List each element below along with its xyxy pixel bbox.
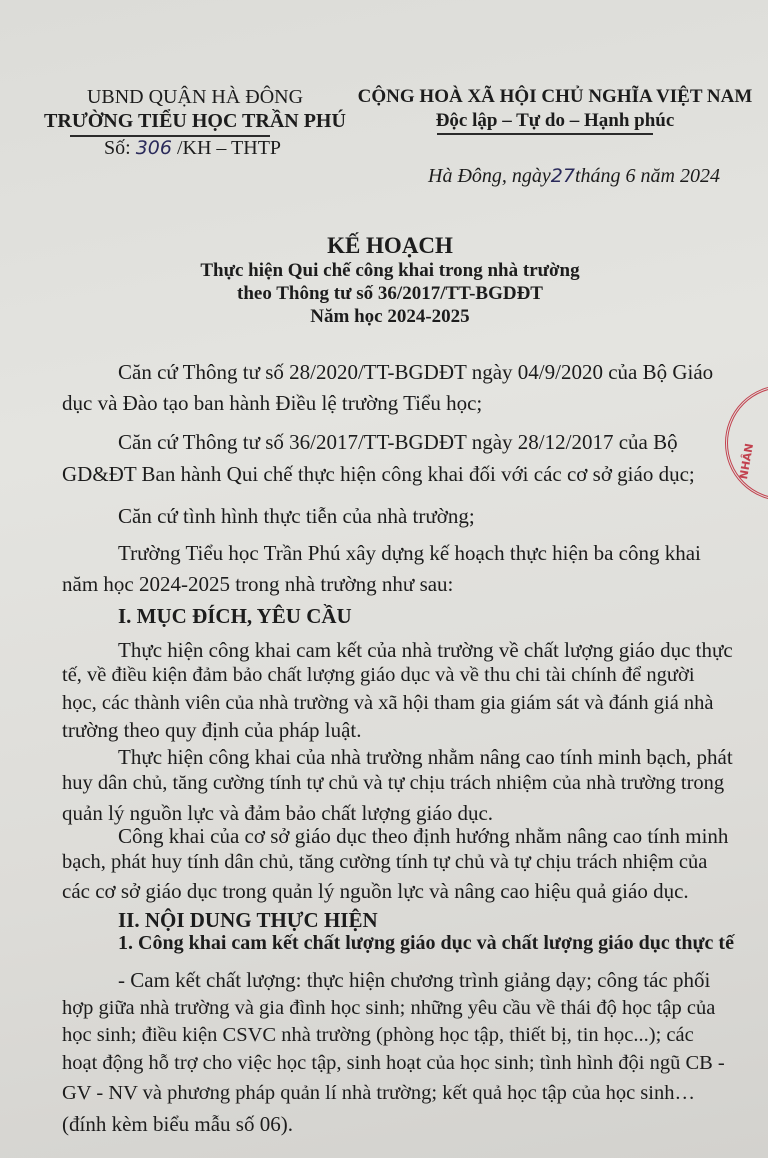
title-subline-3: Năm học 2024-2025 [130, 306, 650, 328]
document-number: Số: 306 /KH – THTP [104, 137, 281, 160]
body-line: bạch, phát huy tính dân chủ, tăng cường … [62, 851, 707, 874]
body-line: - Cam kết chất lượng: thực hiện chương t… [118, 968, 710, 993]
national-motto: Độc lập – Tự do – Hạnh phúc [355, 110, 755, 132]
authority-name: UBND QUẬN HÀ ĐÔNG [40, 86, 350, 109]
body-line: các cơ sở giáo dục trong quản lý nguồn l… [62, 879, 689, 904]
body-line: GD&ĐT Ban hành Qui chế thực hiện công kh… [62, 462, 695, 487]
body-line: (đính kèm biểu mẫu số 06). [62, 1112, 293, 1137]
nation-name: CỘNG HOÀ XÃ HỘI CHỦ NGHĨA VIỆT NAM [355, 86, 755, 108]
issue-date: Hà Đông, ngày27tháng 6 năm 2024 [428, 165, 720, 188]
body-line: tế, về điều kiện đảm bảo chất lượng giáo… [62, 664, 695, 687]
motto-underline [437, 133, 653, 135]
body-line: Thực hiện công khai cam kết của nhà trườ… [118, 638, 733, 663]
subsection-heading-1: 1. Công khai cam kết chất lượng giáo dục… [118, 932, 734, 955]
body-line: Căn cứ tình hình thực tiễn của nhà trườn… [118, 504, 475, 529]
body-line: học sinh; điều kiện CSVC nhà trường (phò… [62, 1024, 694, 1047]
body-line: hoạt động hỗ trợ cho việc học tập, sinh … [62, 1052, 725, 1075]
title-subline-2: theo Thông tư số 36/2017/TT-BGDĐT [130, 283, 650, 305]
section-heading-1: I. MỤC ĐÍCH, YÊU CẦU [118, 604, 352, 629]
date-day-handwritten: 27 [551, 165, 575, 187]
body-line: GV - NV và phương pháp quản lí nhà trườn… [62, 1082, 695, 1105]
body-line: hợp giữa nhà trường và gia đình học sinh… [62, 997, 715, 1020]
number-suffix: /KH – THTP [177, 137, 281, 159]
body-line: Thực hiện công khai của nhà trường nhằm … [118, 745, 733, 770]
number-prefix: Số: [104, 137, 131, 159]
body-line: trường theo quy định của pháp luật. [62, 718, 362, 743]
body-line: huy dân chủ, tăng cường tính tự chủ và t… [62, 772, 724, 795]
body-line: Căn cứ Thông tư số 36/2017/TT-BGDĐT ngày… [118, 430, 678, 455]
number-handwritten: 306 [136, 137, 172, 159]
document-title: KẾ HOẠCH [130, 233, 650, 259]
document-page: UBND QUẬN HÀ ĐÔNG TRƯỜNG TIỂU HỌC TRẦN P… [0, 0, 768, 1158]
body-line: dục và Đào tạo ban hành Điều lệ trường T… [62, 391, 482, 416]
date-suffix: tháng 6 năm 2024 [575, 165, 720, 187]
school-name: TRƯỜNG TIỂU HỌC TRẦN PHÚ [40, 110, 350, 133]
body-line: Công khai của cơ sở giáo dục theo định h… [118, 824, 728, 849]
body-line: quản lý nguồn lực và đảm bảo chất lượng … [62, 801, 493, 826]
body-line: Trường Tiểu học Trần Phú xây dựng kế hoạ… [118, 541, 701, 566]
body-line: học, các thành viên của nhà trường và xã… [62, 692, 714, 715]
date-prefix: Hà Đông, ngày [428, 165, 551, 187]
title-subline-1: Thực hiện Qui chế công khai trong nhà tr… [130, 260, 650, 282]
body-line: Căn cứ Thông tư số 28/2020/TT-BGDĐT ngày… [118, 360, 713, 385]
body-line: năm học 2024-2025 trong nhà trường như s… [62, 572, 453, 597]
section-heading-2: II. NỘI DUNG THỰC HIỆN [118, 908, 378, 933]
